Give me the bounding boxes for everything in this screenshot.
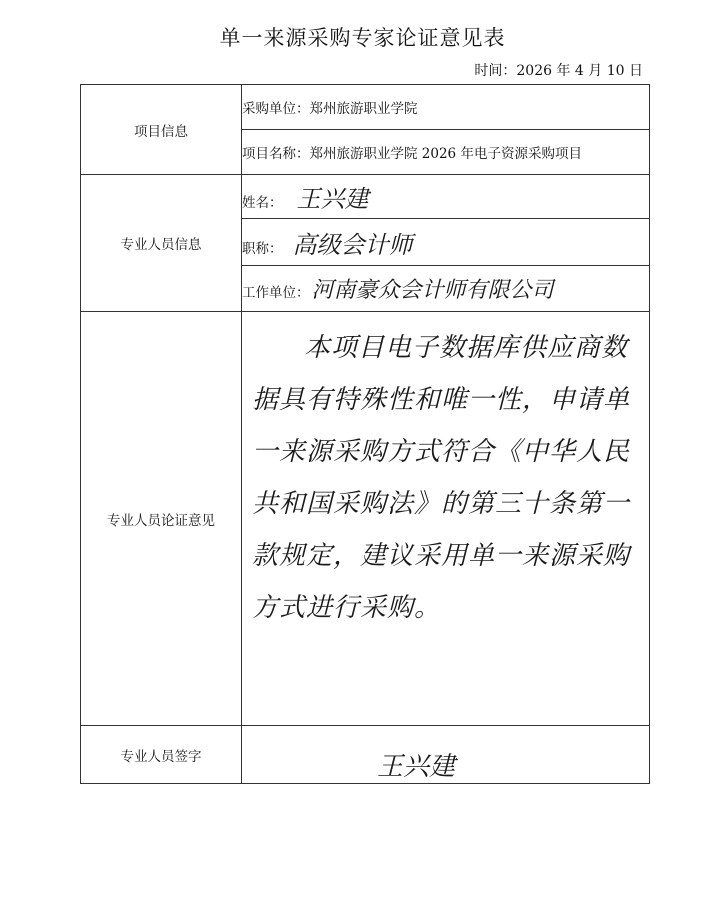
name-label: 姓名： <box>242 195 283 211</box>
opinion-handwritten: 本项目电子数据库供应商数据具有特殊性和唯一性，申请单一来源采购方式符合《中华人民… <box>252 322 643 634</box>
expert-opinion-form: 项目信息 采购单位：郑州旅游职业学院 项目名称：郑州旅游职业学院 2026 年电… <box>80 84 650 784</box>
expert-info-label: 专业人员信息 <box>81 175 242 312</box>
purchaser-label: 采购单位： <box>242 101 310 117</box>
name-field: 姓名：王兴建 <box>242 175 650 219</box>
signature-handwritten: 王兴建 <box>377 752 455 782</box>
title-field: 职称：高级会计师 <box>242 219 650 266</box>
unit-field: 工作单位：河南豪众会计师有限公司 <box>242 266 650 312</box>
project-info-label: 项目信息 <box>81 85 242 175</box>
document-title: 单一来源采购专家论证意见表 <box>0 22 725 52</box>
signature-cell: 王兴建 <box>242 726 650 784</box>
purchaser-value: 郑州旅游职业学院 <box>310 101 418 117</box>
project-name-label: 项目名称： <box>242 146 310 162</box>
title-handwritten: 高级会计师 <box>293 231 413 259</box>
name-handwritten: 王兴建 <box>297 185 369 213</box>
signature-label: 专业人员签字 <box>81 726 242 784</box>
unit-handwritten: 河南豪众会计师有限公司 <box>312 278 554 303</box>
project-name-field: 项目名称：郑州旅游职业学院 2026 年电子资源采购项目 <box>242 130 650 175</box>
opinion-label: 专业人员论证意见 <box>81 312 242 726</box>
title-label: 职称： <box>242 241 283 257</box>
project-name-value: 郑州旅游职业学院 2026 年电子资源采购项目 <box>310 146 582 162</box>
opinion-cell: 本项目电子数据库供应商数据具有特殊性和唯一性，申请单一来源采购方式符合《中华人民… <box>242 312 650 726</box>
unit-label: 工作单位： <box>242 285 310 301</box>
purchaser-field: 采购单位：郑州旅游职业学院 <box>242 85 650 130</box>
document-date: 时间：2026 年 4 月 10 日 <box>474 60 643 80</box>
